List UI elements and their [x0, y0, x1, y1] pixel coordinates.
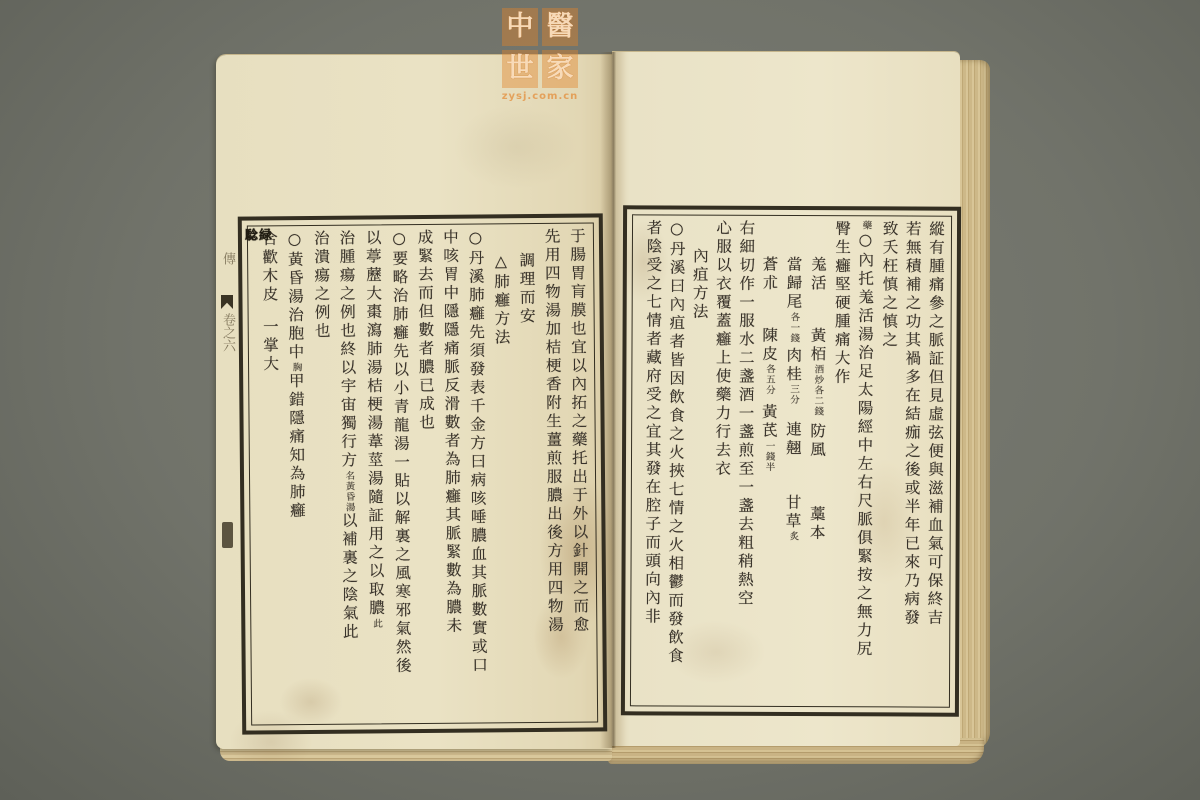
text-column: 以葶藶大棗瀉肺湯桔梗湯葦莖湯隨証用之以取膿此 [359, 229, 390, 719]
watermark-seal-characters: 中 醫 世 家 [501, 8, 579, 88]
text-column: 羗活黃栢酒炒各二錢防風藁本 [804, 220, 830, 702]
text-frame-left: 騐緑 于腸胃肓膜也宜以內拓之藥托出于外以針開之而愈先用四物湯加桔梗香附生薑煎服膿… [238, 213, 608, 734]
text-column: ○丹溪肺癰先須發表千金方曰病咳唾膿血其脈數實或口 [462, 228, 492, 718]
text-column: ○黃昏湯治胞中胸甲錯隱痛知為肺癰 [281, 230, 312, 720]
text-column: 藥○內托羗活湯治足太陽經中左右尺脈俱緊按之無力尻 [851, 220, 877, 702]
text-column: 右細切作一服水二盞酒一盞煎至一盞去粗稍熱空 [732, 220, 757, 702]
text-frame-right: 縱有腫痛參之脈証但見虛弦便與滋補血氣可保終吉若無積補之功其禍多在結痂之後或半年已… [621, 205, 961, 716]
text-column: 合歡木皮一掌大 [256, 230, 286, 720]
text-column: 者陰受之七情者藏府受之宜其發在腔子而頭向內非 [639, 219, 664, 701]
text-column: 中咳胃中隱隱痛脈反滑數者為肺癰其脈緊數為膿未 [436, 229, 466, 719]
text-column: 調理而安 [513, 228, 543, 718]
book-spread: 傳卷之六 騐緑 于腸胃肓膜也宜以內拓之藥托出于外以針開之而愈先用四物湯加桔梗香附… [216, 52, 990, 764]
text-column: △肺癰方法 [487, 228, 517, 718]
photo-stage: 傳卷之六 騐緑 于腸胃肓膜也宜以內拓之藥托出于外以針開之而愈先用四物湯加桔梗香附… [0, 0, 1200, 800]
text-column: 蒼朮陳皮各五分黃芪一錢半 [755, 220, 781, 702]
text-column: 當歸尾各一錢肉桂三分連翹甘草炙 [780, 220, 806, 702]
watermark-seal: 中 醫 世 家 zysj.com.cn [501, 8, 579, 102]
banxin-char-top: 傳 [220, 252, 235, 265]
text-column: 若無積補之功其禍多在結痂之後或半年已來乃病發 [899, 220, 924, 702]
text-column: 內疽方法 [686, 220, 711, 702]
right-page-text-columns: 縱有腫痛參之脈証但見虛弦便與滋補血氣可保終吉若無積補之功其禍多在結痂之後或半年已… [635, 219, 947, 702]
text-column: 縱有腫痛參之脈証但見虛弦便與滋補血氣可保終吉 [922, 221, 947, 703]
margin-stamp: 騐緑 [245, 224, 273, 243]
text-column: 臀生癰堅硬腫痛大作 [828, 220, 853, 702]
ink-blot-mark [222, 522, 233, 548]
text-column: ○要略治肺癰先以小青龍湯一貼以解裏之風寒邪氣然後 [386, 229, 416, 719]
text-column: 心服以衣覆蓋癰上使藥力行去衣 [709, 220, 734, 702]
seal-char: 家 [542, 50, 578, 88]
text-column: 于腸胃肓膜也宜以內拓之藥托出于外以針開之而愈 [563, 228, 593, 718]
watermark-url-text: zysj.com.cn [501, 91, 579, 102]
seal-char: 世 [502, 50, 538, 88]
text-column: 先用四物湯加桔梗香附生薑煎服膿出後方用四物湯 [538, 228, 568, 718]
text-column: ○丹溪曰內疽者皆因飲食之火挾七情之火相鬱而發飲食 [663, 219, 688, 701]
seal-char: 醫 [542, 8, 578, 46]
fore-edge-banxin-labels: 傳卷之六 [217, 142, 237, 732]
text-column: 治腫瘍之例也終以宇宙獨行方名黃昏湯以補裏之陰氣此 [333, 230, 364, 720]
fishtail-mark-icon [221, 295, 233, 309]
left-page-text-columns: 于腸胃肓膜也宜以內拓之藥托出于外以針開之而愈先用四物湯加桔梗香附生薑煎服膿出後方… [252, 228, 593, 721]
seal-char: 中 [502, 8, 538, 46]
text-column: 治潰瘍之例也 [307, 230, 337, 720]
text-column: 成緊去而但數者膿已成也 [411, 229, 441, 719]
banxin-chars-mid: 卷之六 [220, 313, 235, 352]
text-column: 致夭枉慎之慎之 [875, 220, 900, 702]
